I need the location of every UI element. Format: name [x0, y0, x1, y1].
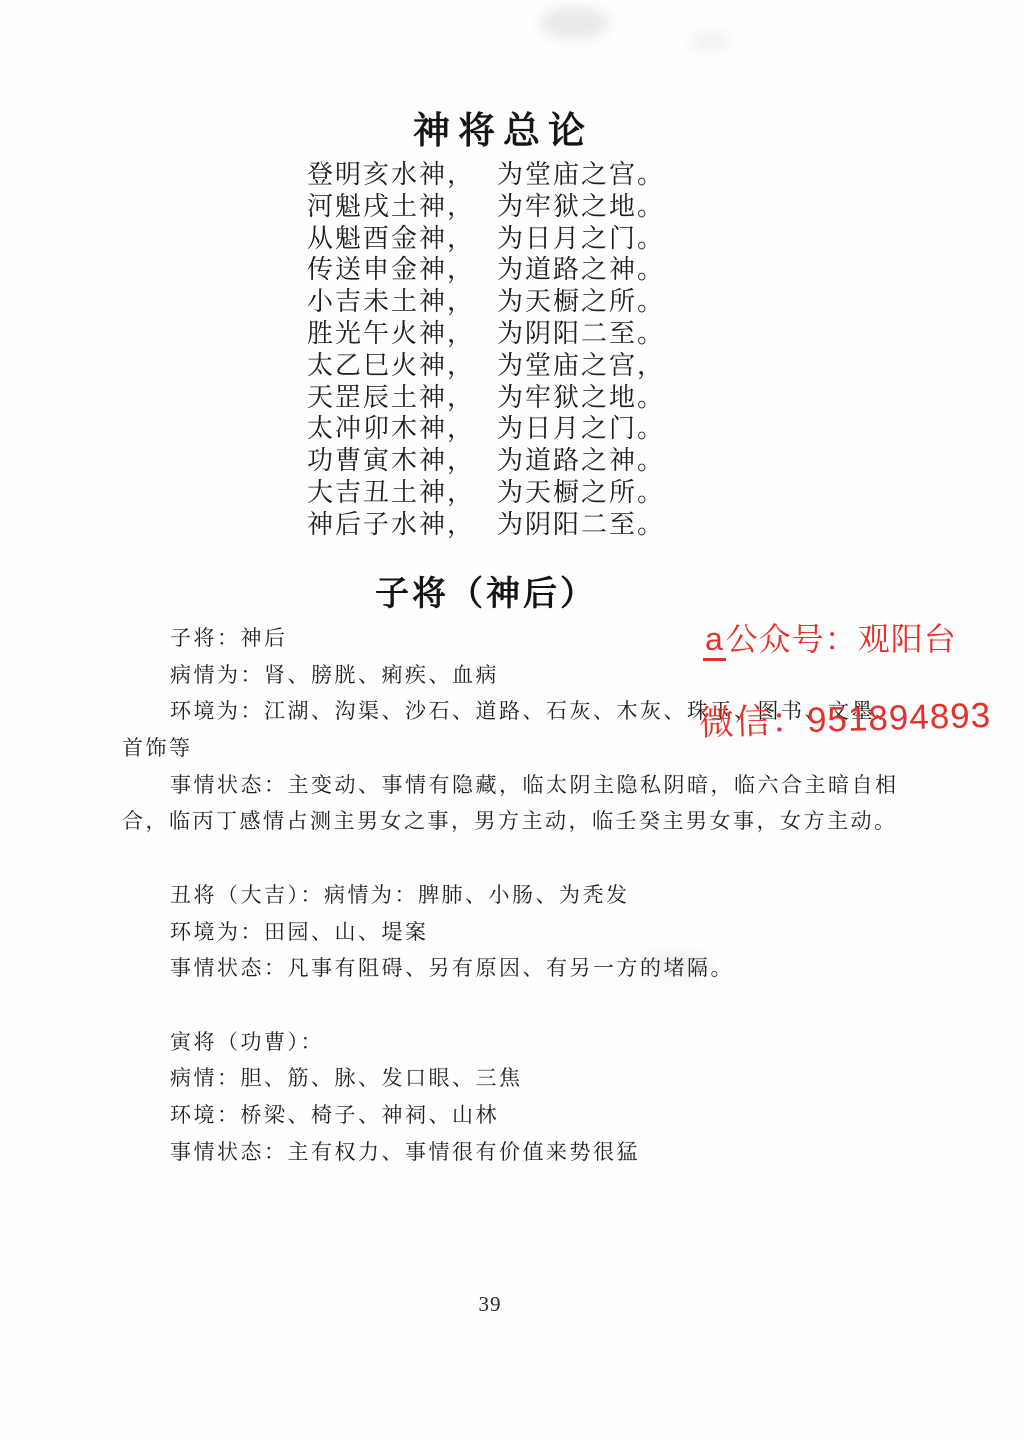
watermark-letter-a: a	[703, 623, 726, 661]
scanned-document-page: 神将总论 登明亥水神，为堂庙之宫。 河魁戌土神，为牢狱之地。 从魁酉金神，为日月…	[0, 0, 1024, 1440]
verse-right: 为日月之门。	[497, 223, 665, 255]
verse-left: 功曹寅木神，	[307, 445, 475, 477]
verse-left: 登明亥水神，	[307, 159, 475, 191]
verse-right: 为天橱之所。	[497, 477, 665, 509]
verse-line: 小吉未土神，为天橱之所。	[307, 286, 665, 318]
verse-left: 从魁酉金神，	[307, 223, 475, 255]
body-line: 事情状态：主变动、事情有隐藏，临太阴主隐私阴暗，临六合主暗自相	[122, 767, 922, 804]
scan-smudge	[690, 30, 730, 52]
page-title: 神将总论	[0, 100, 1006, 154]
verse-right: 为阴阳二至。	[497, 318, 665, 350]
verse-line: 登明亥水神，为堂庙之宫。	[307, 159, 665, 191]
verse-block: 登明亥水神，为堂庙之宫。 河魁戌土神，为牢狱之地。 从魁酉金神，为日月之门。 传…	[307, 159, 665, 541]
body-line: 事情状态：主有权力、事情很有价值来势很猛	[122, 1134, 922, 1171]
scan-smudge	[540, 6, 610, 40]
body-line: 丑将（大吉）：病情为：脾肺、小肠、为秃发	[122, 877, 922, 914]
page-number: 39	[0, 1292, 980, 1317]
body-line: 环境：桥梁、椅子、神祠、山林	[122, 1097, 922, 1134]
verse-right: 为日月之门。	[497, 413, 665, 445]
verse-line: 天罡辰土神，为牢狱之地。	[307, 382, 665, 414]
verse-line: 太乙巳火神，为堂庙之宫，	[307, 350, 665, 382]
verse-line: 传送申金神，为道路之神。	[307, 254, 665, 286]
body-line: 寅将（功曹）：	[122, 1024, 922, 1061]
verse-left: 天罡辰土神，	[307, 382, 475, 414]
body-line: 环境为：田园、山、堤案	[122, 914, 922, 951]
verse-right: 为堂庙之宫。	[497, 159, 665, 191]
verse-right: 为牢狱之地。	[497, 382, 665, 414]
verse-line: 从魁酉金神，为日月之门。	[307, 223, 665, 255]
verse-left: 河魁戌土神，	[307, 191, 475, 223]
verse-line: 功曹寅木神，为道路之神。	[307, 445, 665, 477]
verse-right: 为天橱之所。	[497, 286, 665, 318]
verse-left: 神后子水神，	[307, 509, 475, 541]
verse-line: 太冲卯木神，为日月之门。	[307, 413, 665, 445]
verse-left: 小吉未土神，	[307, 286, 475, 318]
body-line: 病情：胆、筋、脉、发口眼、三焦	[122, 1060, 922, 1097]
watermark-public-account: a公众号：观阳台	[703, 614, 957, 661]
verse-right: 为道路之神。	[497, 254, 665, 286]
verse-line: 大吉丑土神，为天橱之所。	[307, 477, 665, 509]
body-line: 病情为：肾、膀胱、痢疾、血病	[122, 657, 922, 694]
watermark-account-text: 公众号：观阳台	[726, 621, 957, 657]
verse-line: 河魁戌土神，为牢狱之地。	[307, 191, 665, 223]
watermark-wechat: 微信：951894893	[698, 688, 991, 746]
verse-left: 大吉丑土神，	[307, 477, 475, 509]
section-heading: 子将（神后）	[0, 566, 972, 615]
body-line: 事情状态：凡事有阻碍、另有原因、有另一方的堵隔。	[122, 950, 922, 987]
blank-line	[122, 987, 922, 1024]
verse-line: 胜光午火神，为阴阳二至。	[307, 318, 665, 350]
verse-right: 为阴阳二至。	[497, 509, 665, 541]
verse-left: 胜光午火神，	[307, 318, 475, 350]
verse-line: 神后子水神，为阴阳二至。	[307, 509, 665, 541]
verse-right: 为道路之神。	[497, 445, 665, 477]
verse-left: 太冲卯木神，	[307, 413, 475, 445]
body-line: 合，临丙丁感情占测主男女之事，男方主动，临壬癸主男女事，女方主动。	[122, 803, 922, 840]
verse-right: 为牢狱之地。	[497, 191, 665, 223]
verse-left: 传送申金神，	[307, 254, 475, 286]
verse-left: 太乙巳火神，	[307, 350, 475, 382]
verse-right: 为堂庙之宫，	[497, 350, 665, 382]
scan-smudge	[640, 952, 710, 978]
blank-line	[122, 840, 922, 877]
